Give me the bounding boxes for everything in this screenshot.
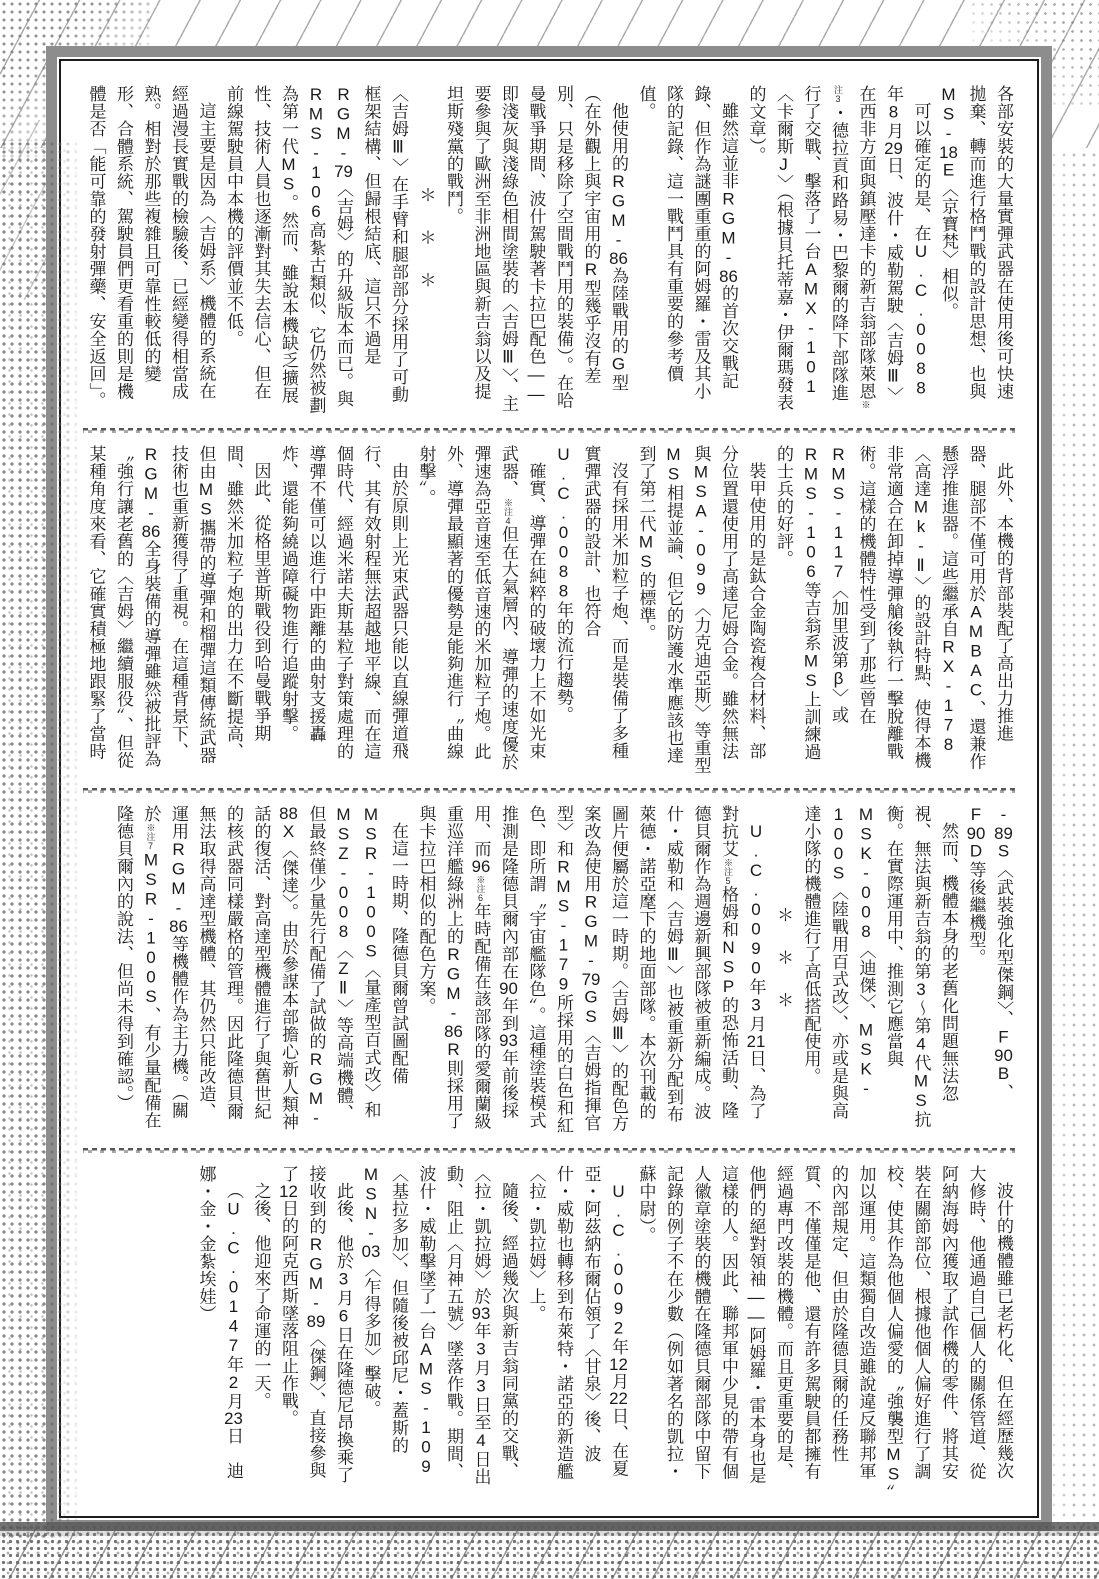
footnote-marker: ※注5: [723, 858, 733, 886]
content-frame-inner-border: 各部安裝的大量實彈武器在使用後可快速拋棄、轉而進行格鬥戰的設計思想、也與MS-1…: [59, 59, 1039, 1518]
paragraph: 由於原則上光束武器只能以直線彈道飛行、其有效射程無法超越地平線、而在這個時代、經…: [275, 445, 413, 775]
paragraph: 可以確定的是、在U.C.0088年8月29日、波什・威勒駕駛〈吉姆Ⅲ〉在西非方面…: [742, 85, 935, 415]
section-separator-stars: ＊＊＊: [770, 805, 798, 1135]
footnote-marker: ※注4: [503, 498, 513, 526]
footnote-marker: ※注6: [476, 875, 486, 903]
halftone-dots-left-edge: [0, 140, 82, 1540]
text-section-3: -89S〈武裝強化型傑鋼〉、F90B、F90D等後繼機型。然而、機體本身的老舊化…: [81, 805, 1017, 1135]
paragraph: 因此、從格里普斯戰役到哈曼戰爭期間、雖然米加粒子炮的出力在不斷提高、但由MS攜帶…: [81, 445, 275, 775]
tcy-number: 90: [967, 825, 986, 842]
tcy-number: 79: [582, 971, 601, 988]
paragraph: 裝甲使用的是鈦合金陶瓷複合材料、部分位置還使用了高達尼姆合金。雖然無法與MSA-…: [632, 445, 770, 775]
tcy-number: 89: [994, 825, 1013, 842]
paragraph: （U.C.0147年2月23日 迪娜・金・金紮埃娃）: [192, 1165, 247, 1495]
tcy-number: 86: [444, 1023, 463, 1040]
paragraph: 此後、他於3月6日在隆德尼昂換乘了接收到的RGM-89〈傑鋼〉、直接參與了12日…: [275, 1165, 358, 1495]
paragraph: 〈吉姆Ⅲ〉在手臂和腿部部分採用了可動框架結構、但歸根結底、這只不過是RGM-79…: [220, 85, 413, 415]
tcy-number: 89: [307, 1313, 326, 1330]
section-separator-stars: ＊＊＊: [412, 85, 440, 415]
tcy-number: 90: [499, 980, 518, 997]
paragraph: 之後、他迎來了命運的一天。: [247, 1165, 275, 1495]
tcy-number: 12: [279, 1183, 298, 1200]
paragraph: 然而、機體本身的老舊化問題無法忽視、無法與新吉翁的第3～第4代MS抗衡。在實際運…: [797, 805, 962, 1135]
tcy-number: 29: [884, 140, 903, 157]
tcy-number: 96: [472, 858, 491, 875]
tcy-number: 79: [334, 163, 353, 180]
paragraph: 他使用的RGM-86為陸戰用的G型（在外觀上與宇宙用的R型幾乎沒有差別、只是移除…: [440, 85, 633, 415]
paragraph: -89S〈武裝強化型傑鋼〉、F90B、F90D等後繼機型。: [962, 805, 1017, 1135]
footnote-marker: ※注7: [146, 823, 156, 851]
paragraph: 雖然這並非RGM-86的首次交戰記錄、但作為謎團重重的阿姆羅・雷及其小隊的記錄、…: [632, 85, 742, 415]
paragraph: 各部安裝的大量實彈武器在使用後可快速拋棄、轉而進行格鬥戰的設計思想、也與MS-1…: [935, 85, 1018, 415]
page-background: 各部安裝的大量實彈武器在使用後可快速拋棄、轉而進行格鬥戰的設計思想、也與MS-1…: [0, 0, 1099, 1579]
tcy-number: 88: [279, 805, 298, 822]
footnote-marker: ※注3: [833, 85, 871, 409]
tcy-number: 03: [362, 1243, 381, 1260]
section-divider: [83, 788, 1015, 793]
paragraph: 波什的機體雖已老朽化、但在經歷幾次大修時、他通過自己個人的關係管道、從阿納海姆內…: [632, 1165, 1017, 1495]
tcy-number: 86: [609, 250, 628, 267]
tcy-number: 86: [169, 918, 188, 935]
article-sections: 各部安裝的大量實彈武器在使用後可快速拋棄、轉而進行格鬥戰的設計思想、也與MS-1…: [61, 61, 1037, 1516]
section-divider: [83, 1148, 1015, 1153]
tcy-number: 93: [472, 1305, 491, 1322]
text-section-1: 各部安裝的大量實彈武器在使用後可快速拋棄、轉而進行格鬥戰的設計思想、也與MS-1…: [81, 85, 1017, 415]
halftone-band-bottom: [0, 1522, 1099, 1579]
tcy-number: 21: [747, 1033, 766, 1050]
tcy-number: 86: [142, 523, 161, 540]
paragraph: 確實、導彈在純粹的破壞力上不如光束武器、※注4但在大氣層內、導彈的速度優於彈速為…: [412, 445, 550, 775]
text-section-4: 波什的機體雖已老朽化、但在經歷幾次大修時、他通過自己個人的關係管道、從阿納海姆內…: [81, 1165, 1017, 1495]
tcy-number: 12: [609, 1356, 628, 1373]
text-section-2: 此外、本機的背部裝配了高出力推進器、腿部不僅可用於AMBAC、還兼作懸浮推進器。…: [81, 445, 1017, 775]
tcy-number: 18: [939, 144, 958, 161]
paragraph: 這主要是因為〈吉姆系〉機體的系統在經過漫長實戰的檢驗後、已經變得相當成熟。相對於…: [82, 85, 220, 415]
tcy-number: 90: [994, 1047, 1013, 1064]
section-divider: [83, 428, 1015, 433]
halftone-dots-right-edge: [1039, 150, 1099, 1530]
paragraph: 此外、本機的背部裝配了高出力推進器、腿部不僅可用於AMBAC、還兼作懸浮推進器。…: [770, 445, 1018, 775]
tcy-number: 86: [719, 268, 738, 285]
tcy-number: 23: [224, 1410, 243, 1427]
paragraph: 沒有採用米加粒子炮、而是裝備了多種實彈武器的設計、也符合U.C.0088年的流行…: [550, 445, 633, 775]
tcy-number: 22: [609, 1390, 628, 1407]
paragraph: 隨後、經過幾次與新吉翁同黨的交戰、〈拉・凱拉姆〉於93年3月3日至4日出動、阻止…: [357, 1165, 522, 1495]
paragraph: U.C.0092年12月22日、在夏亞・阿茲納布爾佔領了〈甘泉〉後、波什・威勒也…: [522, 1165, 632, 1495]
paragraph: U.C.0090年3月21日、為了對抗艾※注5格姆和NSP的恐怖活動、隆德貝爾作…: [412, 805, 770, 1135]
tcy-number: 93: [499, 1032, 518, 1049]
paragraph: 在這一時期、隆德貝爾曾試圖配備MSR-100S〈量產型百式改〉和MSZ-008〈…: [110, 805, 413, 1135]
content-frame: 各部安裝的大量實彈武器在使用後可快速拋棄、轉而進行格鬥戰的設計思想、也與MS-1…: [46, 46, 1052, 1531]
